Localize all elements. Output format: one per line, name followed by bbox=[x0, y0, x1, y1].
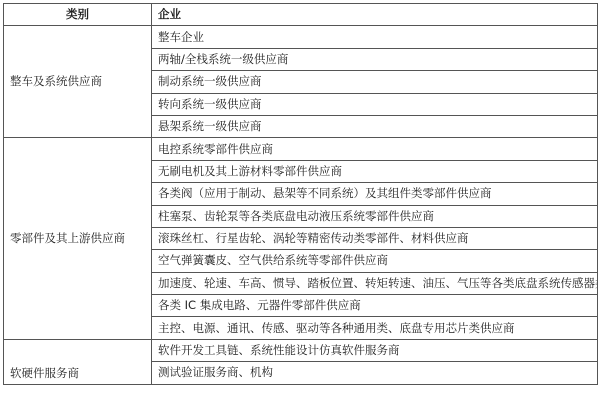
enterprise-cell: 加速度、轮速、车高、惯导、踏板位置、转矩转速、油压、气压等各类底盘系统传感器类零… bbox=[152, 272, 598, 294]
header-row: 类别 企业 bbox=[4, 4, 598, 26]
enterprise-cell: 软件开发工具链、系统性能设计仿真软件服务商 bbox=[152, 339, 598, 361]
enterprise-cell: 各类阀（应用于制动、悬架等不同系统）及其组件类零部件供应商 bbox=[152, 183, 598, 205]
table-row: 零部件及其上游供应商 电控系统零部件供应商 bbox=[4, 138, 598, 160]
category-cell-components-upstream: 零部件及其上游供应商 bbox=[4, 138, 152, 340]
enterprise-cell: 柱塞泵、齿轮泵等各类底盘电动液压系统零部件供应商 bbox=[152, 205, 598, 227]
enterprise-cell: 悬架系统一级供应商 bbox=[152, 115, 598, 137]
enterprise-cell: 电控系统零部件供应商 bbox=[152, 138, 598, 160]
enterprise-cell: 测试验证服务商、机构 bbox=[152, 362, 598, 384]
column-header-category: 类别 bbox=[4, 4, 152, 26]
enterprise-cell: 制动系统一级供应商 bbox=[152, 71, 598, 93]
category-cell-software-hardware-services: 软硬件服务商 bbox=[4, 339, 152, 384]
supplier-category-table: 类别 企业 整车及系统供应商 整车企业 两轴/全栈系统一级供应商 制动系统一级供… bbox=[3, 3, 598, 385]
enterprise-cell: 转向系统一级供应商 bbox=[152, 93, 598, 115]
enterprise-cell: 无刷电机及其上游材料零部件供应商 bbox=[152, 160, 598, 182]
category-cell-vehicle-system: 整车及系统供应商 bbox=[4, 26, 152, 138]
enterprise-cell: 两轴/全栈系统一级供应商 bbox=[152, 48, 598, 70]
column-header-enterprise: 企业 bbox=[152, 4, 598, 26]
table-row: 软硬件服务商 软件开发工具链、系统性能设计仿真软件服务商 bbox=[4, 339, 598, 361]
enterprise-cell: 滚珠丝杠、行星齿轮、涡轮等精密传动类零部件、材料供应商 bbox=[152, 227, 598, 249]
table-row: 整车及系统供应商 整车企业 bbox=[4, 26, 598, 48]
enterprise-cell: 各类 IC 集成电路、元器件零部件供应商 bbox=[152, 295, 598, 317]
enterprise-cell: 整车企业 bbox=[152, 26, 598, 48]
enterprise-cell: 主控、电源、通讯、传感、驱动等各种通用类、底盘专用芯片类供应商 bbox=[152, 317, 598, 339]
enterprise-cell: 空气弹簧囊皮、空气供给系统等零部件供应商 bbox=[152, 250, 598, 272]
